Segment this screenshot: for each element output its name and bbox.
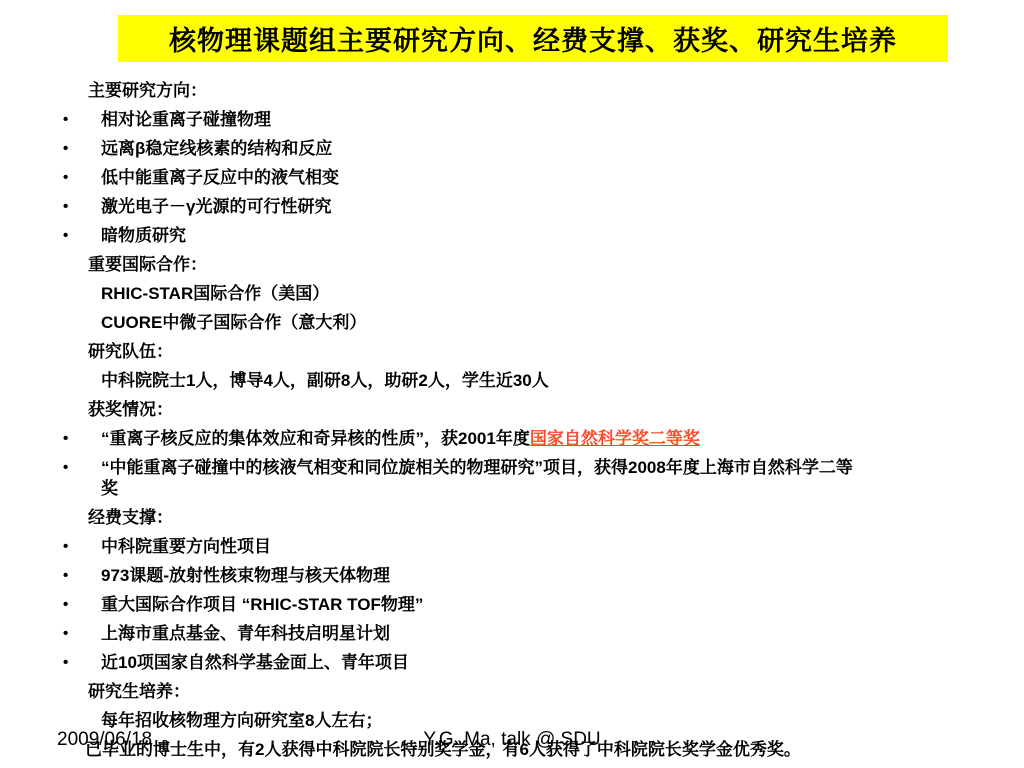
indent-item: RHIC-STAR国际合作（美国） xyxy=(63,283,865,304)
bullet-icon: • xyxy=(63,196,101,217)
bullet-icon: • xyxy=(63,167,101,188)
bullet-text: 重大国际合作项目 “RHIC-STAR TOF物理” xyxy=(101,594,865,615)
indent-item: CUORE中微子国际合作（意大利） xyxy=(63,312,865,333)
bullet-icon: • xyxy=(63,225,101,246)
section-header-research-team: 研究队伍： xyxy=(63,341,865,362)
bullet-item: • 重大国际合作项目 “RHIC-STAR TOF物理” xyxy=(63,594,865,615)
bullet-icon: • xyxy=(63,109,101,130)
bullet-item: • 中科院重要方向性项目 xyxy=(63,536,865,557)
bullet-icon: • xyxy=(63,623,101,644)
bullet-item: • 低中能重离子反应中的液气相变 xyxy=(63,167,865,188)
bullet-icon: • xyxy=(63,428,101,449)
slide-body: 主要研究方向： • 相对论重离子碰撞物理 • 远离β稳定线核素的结构和反应 • … xyxy=(63,80,865,768)
section-header-research-directions: 主要研究方向： xyxy=(63,80,865,101)
indent-item: 每年招收核物理方向研究室8人左右； xyxy=(63,710,865,731)
bullet-icon: • xyxy=(63,457,101,478)
slide-title: 核物理课题组主要研究方向、经费支撑、获奖、研究生培养 xyxy=(118,15,948,62)
bullet-item: • 973课题-放射性核束物理与核天体物理 xyxy=(63,565,865,586)
section-header-graduate-training: 研究生培养： xyxy=(63,681,865,702)
bullet-text: 暗物质研究 xyxy=(101,225,865,246)
bullet-icon: • xyxy=(63,594,101,615)
bullet-text: 近10项国家自然科学基金面上、青年项目 xyxy=(101,652,865,673)
bullet-text: 远离β稳定线核素的结构和反应 xyxy=(101,138,865,159)
bullet-item: • 上海市重点基金、青年科技启明星计划 xyxy=(63,623,865,644)
bullet-icon: • xyxy=(63,565,101,586)
bullet-item: • “重离子核反应的集体效应和奇异核的性质”，获2001年度国家自然科学奖二等奖 xyxy=(63,428,865,449)
bullet-text: 激光电子－γ光源的可行性研究 xyxy=(101,196,865,217)
award-2001-link[interactable]: 国家自然科学奖二等奖 xyxy=(530,429,700,448)
bullet-item: • “中能重离子碰撞中的核液气相变和同位旋相关的物理研究”项目，获得2008年度… xyxy=(63,457,865,499)
bullet-item: • 暗物质研究 xyxy=(63,225,865,246)
section-header-funding: 经费支撑： xyxy=(63,507,865,528)
bullet-text: 低中能重离子反应中的液气相变 xyxy=(101,167,865,188)
bullet-item: • 激光电子－γ光源的可行性研究 xyxy=(63,196,865,217)
bullet-icon: • xyxy=(63,536,101,557)
footer-credit: Y.G. Ma, talk @ SDU xyxy=(0,729,1024,751)
bullet-text: “重离子核反应的集体效应和奇异核的性质”，获2001年度国家自然科学奖二等奖 xyxy=(101,428,865,449)
bullet-item: • 近10项国家自然科学基金面上、青年项目 xyxy=(63,652,865,673)
bullet-icon: • xyxy=(63,138,101,159)
bullet-text: 973课题-放射性核束物理与核天体物理 xyxy=(101,565,865,586)
bullet-text: “中能重离子碰撞中的核液气相变和同位旋相关的物理研究”项目，获得2008年度上海… xyxy=(101,457,865,499)
bullet-text: 中科院重要方向性项目 xyxy=(101,536,865,557)
bullet-text: 上海市重点基金、青年科技启明星计划 xyxy=(101,623,865,644)
bullet-item: • 相对论重离子碰撞物理 xyxy=(63,109,865,130)
award-2001-text: “重离子核反应的集体效应和奇异核的性质”，获2001年度 xyxy=(101,429,530,448)
bullet-icon: • xyxy=(63,652,101,673)
bullet-text: 相对论重离子碰撞物理 xyxy=(101,109,865,130)
section-header-international-collaboration: 重要国际合作： xyxy=(63,254,865,275)
bullet-item: • 远离β稳定线核素的结构和反应 xyxy=(63,138,865,159)
section-header-awards: 获奖情况： xyxy=(63,399,865,420)
indent-item: 中科院院士1人，博导4人，副研8人，助研2人，学生近30人 xyxy=(63,370,865,391)
